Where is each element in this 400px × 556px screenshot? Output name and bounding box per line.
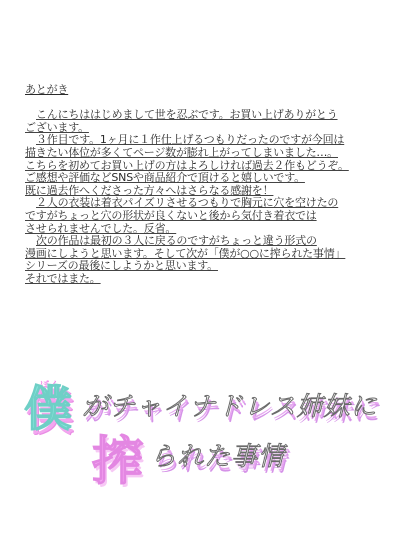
title-line-2: られた事情 [150,442,285,472]
afterword-line: ですがちょっと穴の形状が良くないと後から気付き着衣では [25,210,375,223]
afterword-text-block: あとがき こんにちははじめまして世を忍ぶです。お買い上げありがとうございます。３… [25,84,375,286]
title-line-1: がチャイナドレス姉妹に [82,392,377,422]
afterword-line: こんにちははじめまして世を忍ぶです。お買い上げありがとう [25,109,375,122]
afterword-heading: あとがき [25,84,68,97]
afterword-line: それではまた。 [25,273,375,286]
title-logo: ぼく 僕 がチャイナドレス姉妹に 搾 られた事情 [22,378,382,498]
afterword-line: 次の作品は最初の３人に戻るのですがちょっと違う形式の [25,235,375,248]
afterword-line: ご感想や評価などSNSや商品紹介で頂けると嬉しいです。 [25,172,375,185]
title-shibo-kanji: 搾 [92,434,144,490]
afterword-body: こんにちははじめまして世を忍ぶです。お買い上げありがとうございます。３作目です。… [25,109,375,285]
title-boku-kanji: 僕 [24,384,72,434]
afterword-page: あとがき こんにちははじめまして世を忍ぶです。お買い上げありがとうございます。３… [0,0,400,556]
afterword-line: 描きたい体位が多くてページ数が膨れ上がってしまいました…。 [25,147,375,160]
